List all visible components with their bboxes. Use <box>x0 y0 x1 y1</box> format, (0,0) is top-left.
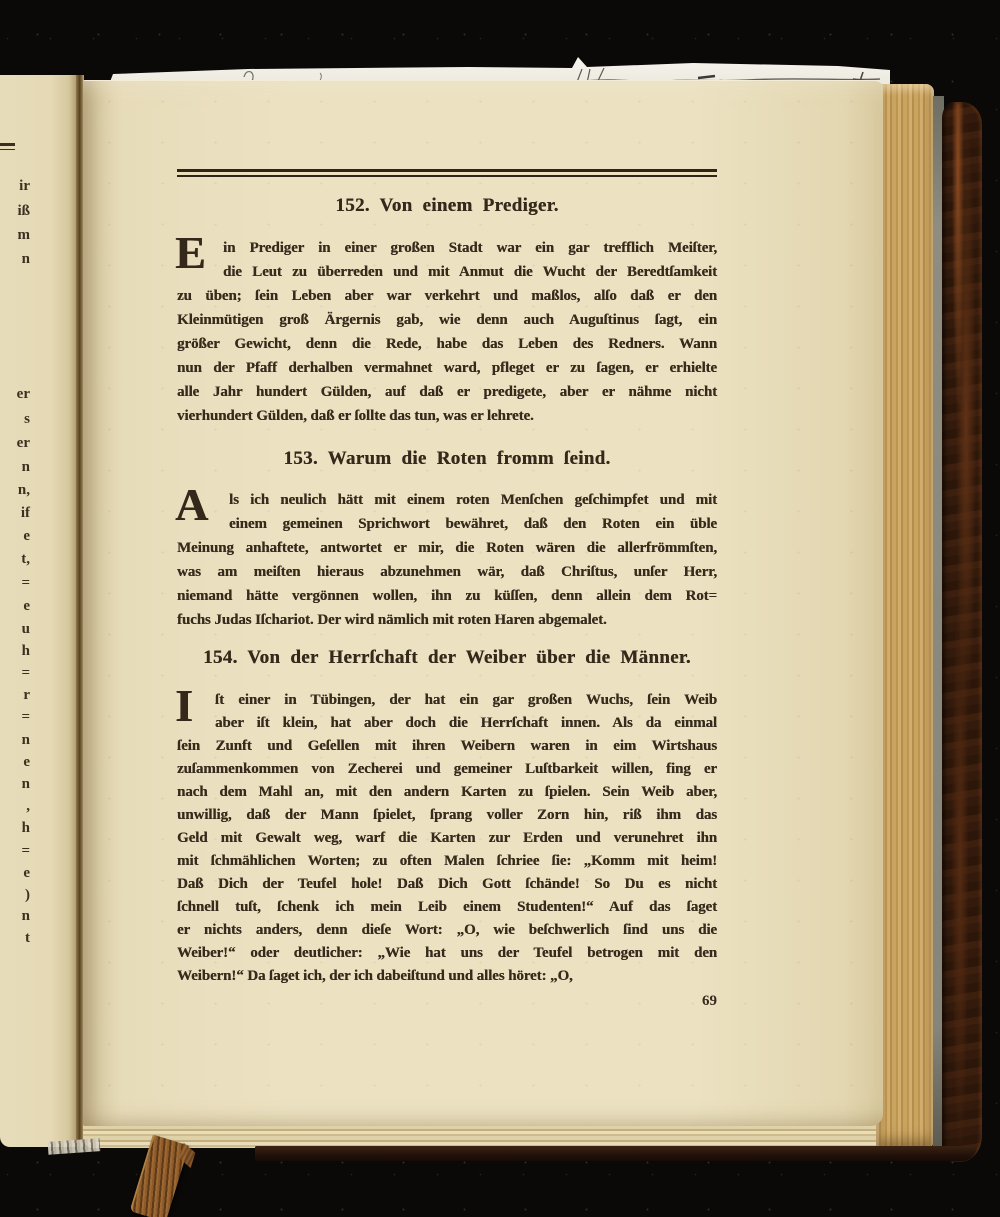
text-line: unwillig, daß der Mann ſpielet, ſprang v… <box>177 804 717 827</box>
text-line: ſchnell tuſt, ſchenk ich mein Leib einem… <box>177 896 717 919</box>
text-line: Weiber!“ oder deutlicher: „Wie hat uns d… <box>177 942 717 965</box>
text-line: zu üben; ſein Leben aber war verkehrt un… <box>177 284 717 308</box>
left-page-fragment: h <box>2 643 30 659</box>
left-page-fragment: e <box>2 528 30 544</box>
section-heading-153: 153. Warum die Roten fromm ſeind. <box>177 448 717 470</box>
text-line: zuſammenkommen von Zecherei und gemeiner… <box>177 758 717 781</box>
book-photo: irißmnersernn,ifet,=euh=r=nen,h=e)nt 152… <box>0 0 1000 1217</box>
book-cover-right <box>942 102 982 1162</box>
text-line: Geld mit Gewalt weg, warf die Karten zur… <box>177 827 717 850</box>
text-line: vierhundert Gülden, daß er ſollte das tu… <box>177 404 717 428</box>
left-page-fragment: ir <box>2 178 30 194</box>
text-line: fuchs Judas Iſchariot. Der wird nämlich … <box>177 608 717 632</box>
text-line: ſein Zunft und Geſellen mit ihren Weiber… <box>177 735 717 758</box>
left-page-rule-fragment <box>0 143 15 150</box>
left-page-fragment: n <box>2 251 30 267</box>
left-page-fragment: r <box>2 687 30 703</box>
left-page-fragment: e <box>2 754 30 770</box>
page-number: 69 <box>177 993 717 1010</box>
text-line: Meinung anhaftete, antwortet er mir, die… <box>177 536 717 560</box>
book-page: 152. Von einem Prediger. E in Prediger i… <box>83 80 883 1126</box>
text-line: ſt einer in Tübingen, der hat ein gar gr… <box>177 689 717 712</box>
section-paragraph-154: I ſt einer in Tübingen, der hat ein gar … <box>177 689 717 988</box>
left-page-edge: irißmnersernn,ifet,=euh=r=nen,h=e)nt <box>0 75 82 1147</box>
left-page-fragment: n <box>2 776 30 792</box>
section-paragraph-153: A ls ich neulich hätt mit einem roten Me… <box>177 488 717 632</box>
text-line: einem gemeinen Sprichwort bewähret, daß … <box>177 512 717 536</box>
text-line: größer Gewicht, denn die Rede, habe das … <box>177 332 717 356</box>
text-line: Kleinmütigen groß Ärgernis gab, wie denn… <box>177 308 717 332</box>
left-page-fragment: er <box>2 386 30 402</box>
text-line: was am meiſten hieraus abzunehmen wär, d… <box>177 560 717 584</box>
text-line: er nichts anders, denn dieſe Wort: „O, w… <box>177 919 717 942</box>
left-page-fragment: = <box>2 665 30 681</box>
left-page-fragment: e <box>2 865 30 881</box>
book-cover-bottom <box>255 1146 977 1161</box>
left-page-fragment: ) <box>2 887 30 903</box>
left-page-fragment: e <box>2 598 30 614</box>
drop-cap: E <box>175 230 206 276</box>
drop-cap: A <box>175 482 208 528</box>
left-page-fragment: n <box>2 908 30 924</box>
section-heading-152: 152. Von einem Prediger. <box>177 195 717 217</box>
right-page-edge-stack <box>876 84 934 1150</box>
text-line: Weibern!“ Da ſaget ich, der ich dabeiſtu… <box>177 965 717 988</box>
left-page-fragment: t <box>2 930 30 946</box>
section-divider-rule <box>177 169 717 177</box>
text-line: mit ſchmählichen Worten; zu often Malen … <box>177 850 717 873</box>
left-page-fragment: n, <box>2 482 30 498</box>
left-page-fragment: , <box>2 798 30 814</box>
text-line: ls ich neulich hätt mit einem roten Menſ… <box>177 488 717 512</box>
text-line: nach dem Mahl an, mit den andern Karten … <box>177 781 717 804</box>
left-page-fragment: s <box>2 411 30 427</box>
left-page-fragment: h <box>2 820 30 836</box>
text-line: Daß Dich der Teufel hole! Daß Dich Gott … <box>177 873 717 896</box>
left-page-fragment: n <box>2 732 30 748</box>
left-page-fragment: t, <box>2 551 30 567</box>
left-page-fragment: u <box>2 621 30 637</box>
left-page-fragment: = <box>2 575 30 591</box>
section-paragraph-152: E in Prediger in einer großen Stadt war … <box>177 236 717 428</box>
left-page-fragment: iß <box>2 203 30 219</box>
text-line: alle Jahr hundert Gülden, auf daß er pre… <box>177 380 717 404</box>
text-line: niemand hätte vergönnen wollen, ihn zu k… <box>177 584 717 608</box>
text-line: in Prediger in einer großen Stadt war ei… <box>177 236 717 260</box>
paper-scrap <box>48 1138 101 1155</box>
section-heading-154: 154. Von der Herrſchaft der Weiber über … <box>177 647 717 669</box>
left-page-fragment: = <box>2 709 30 725</box>
left-page-fragment: er <box>2 435 30 451</box>
left-page-fragment: m <box>2 227 30 243</box>
text-line: nun der Pfaff derhalben vermahnet ward, … <box>177 356 717 380</box>
text-line: die Leut zu überreden und mit Anmut die … <box>177 260 717 284</box>
left-page-fragment: = <box>2 843 30 859</box>
left-page-fragment: n <box>2 459 30 475</box>
text-line: aber iſt klein, hat aber doch die Herrſc… <box>177 712 717 735</box>
left-page-fragment: if <box>2 505 30 521</box>
drop-cap: I <box>175 683 193 729</box>
